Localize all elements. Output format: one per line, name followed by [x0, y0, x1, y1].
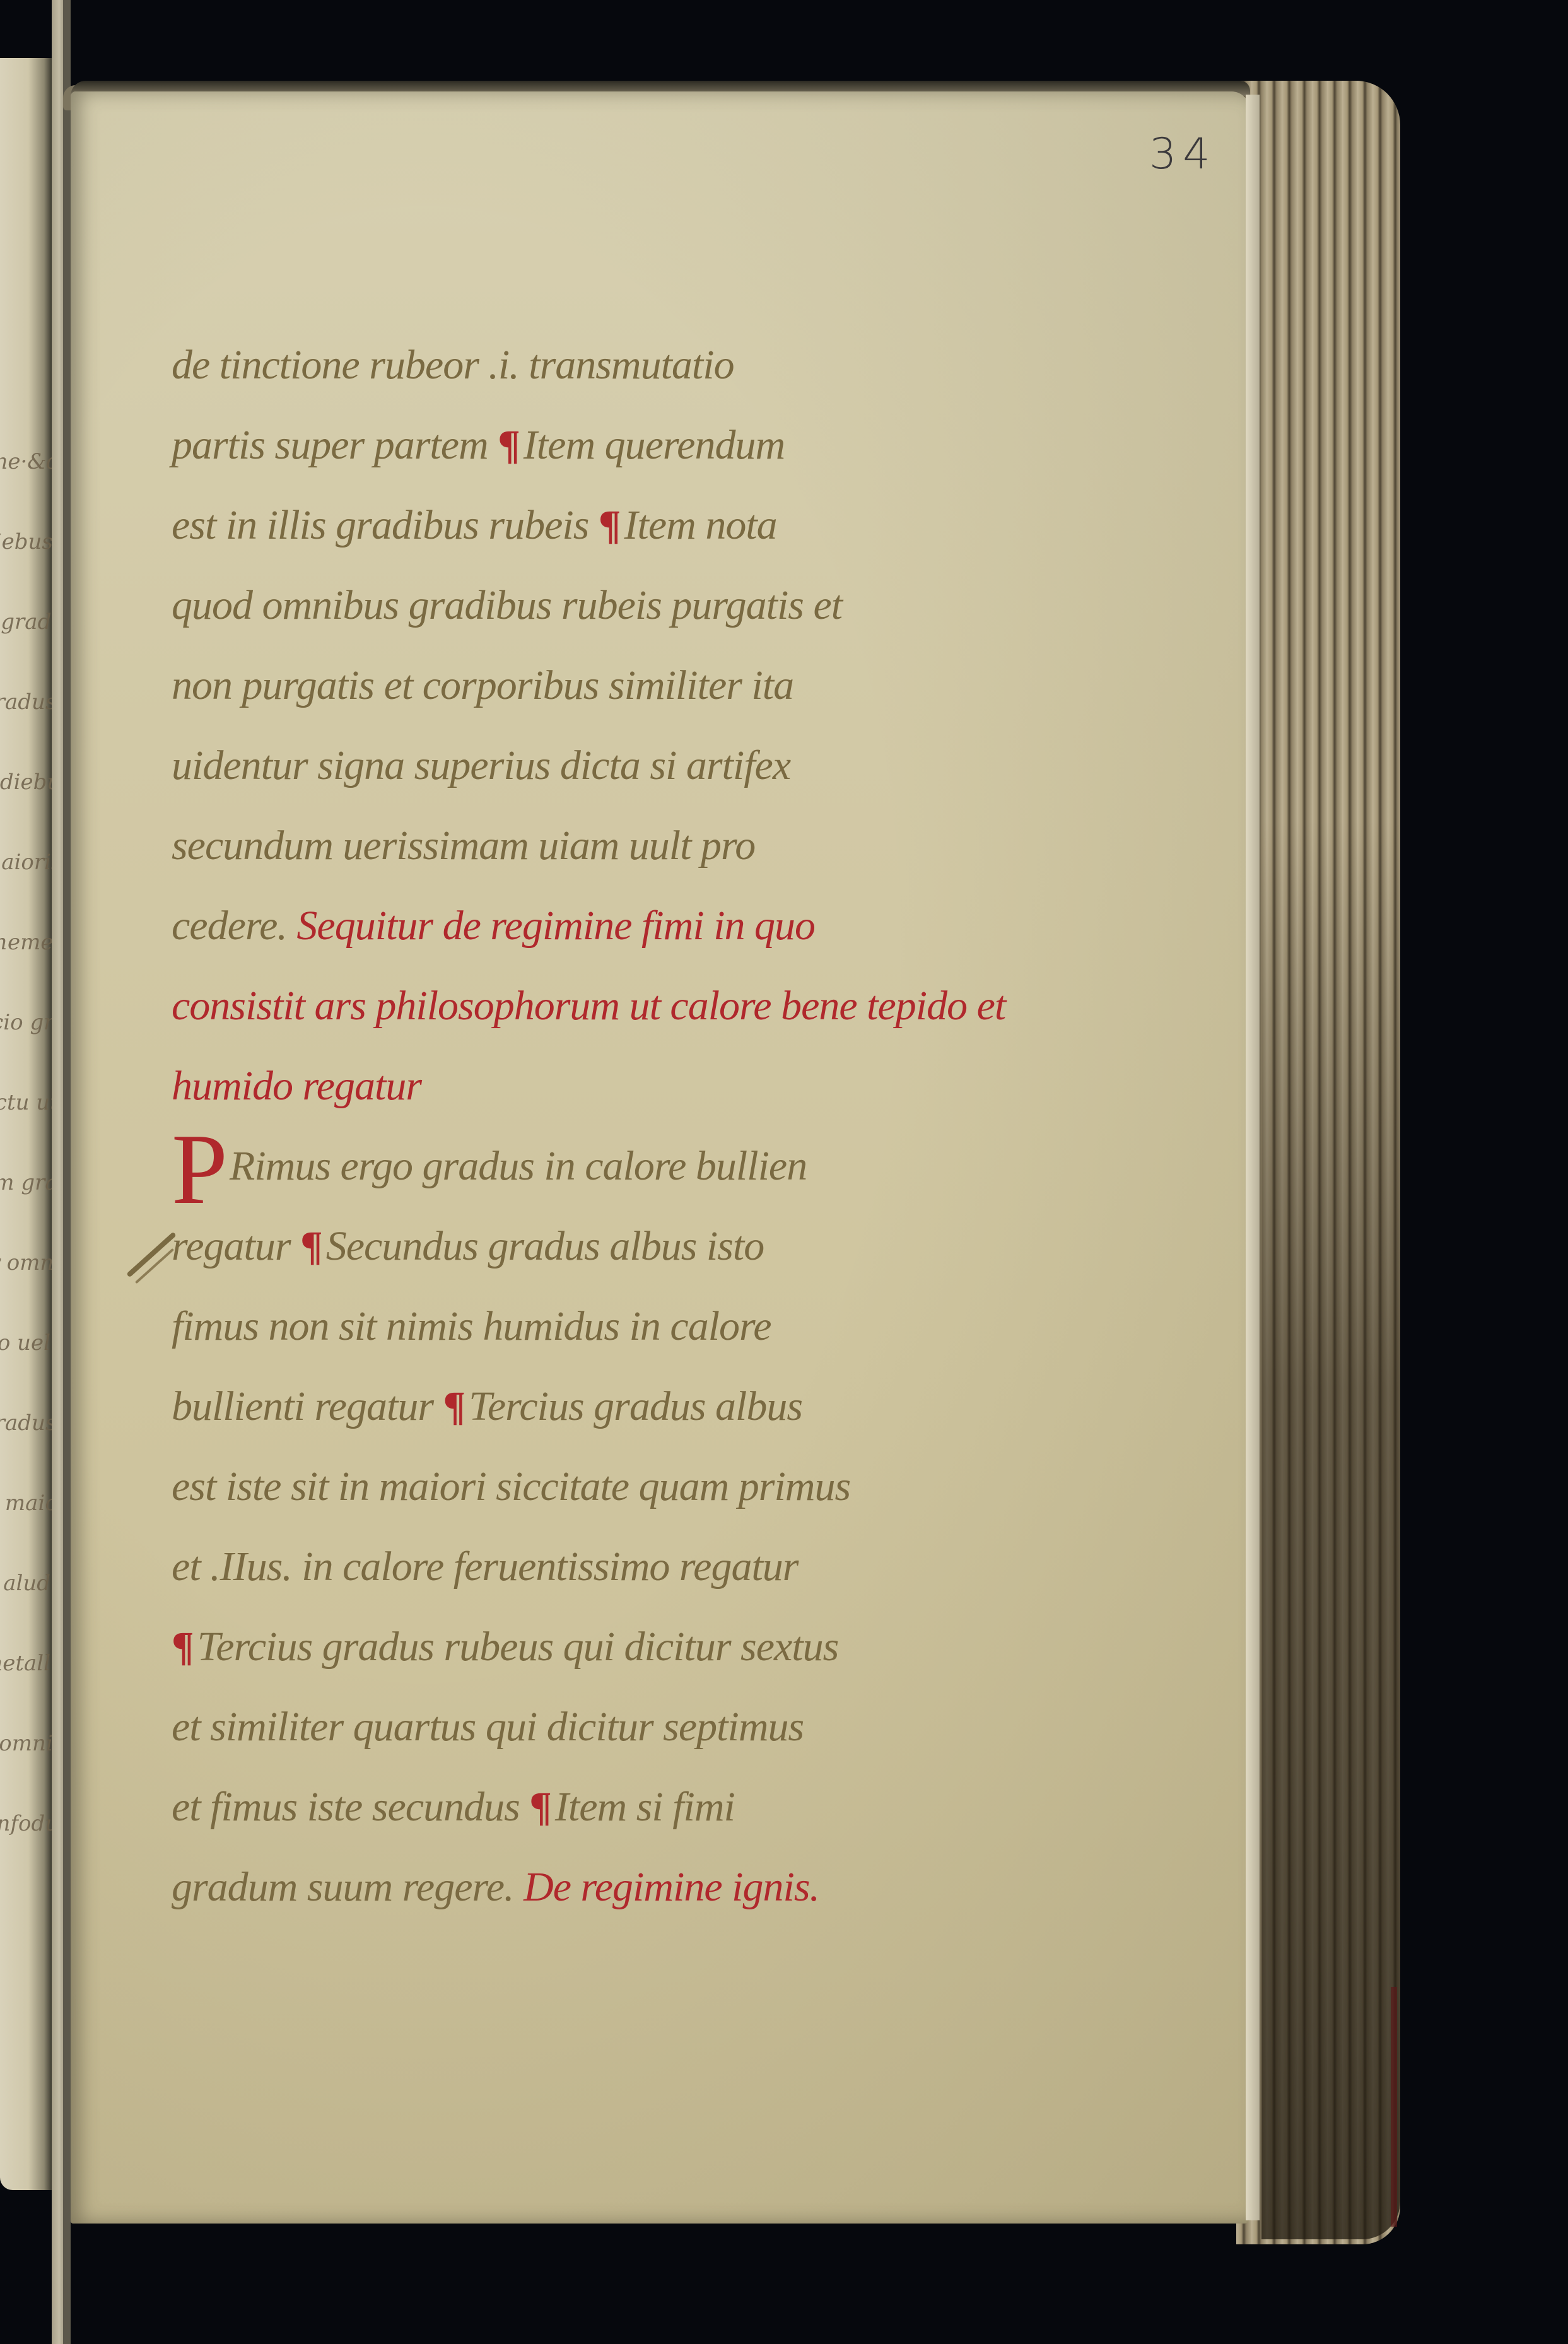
- text-line: fimus non sit nimis humidus in calore: [172, 1286, 1055, 1366]
- body-text: bullienti regatur: [172, 1383, 443, 1429]
- text-line: et fimus iste secundus ¶Item si fimi: [172, 1767, 1055, 1847]
- rubric-text: humido regatur: [172, 1063, 421, 1109]
- pilcrow-icon: ¶: [172, 1624, 194, 1670]
- verso-line: ehementer: [0, 930, 50, 955]
- body-text: uidentur signa superius dicta si artifex: [172, 742, 790, 788]
- text-line: regatur ¶Secundus gradus albus isto: [172, 1206, 1055, 1286]
- text-line: consistit ars philosophorum ut calore be…: [172, 966, 1055, 1046]
- text-line: humido regatur: [172, 1046, 1055, 1126]
- text-line: cedere. Sequitur de regimine fimi in quo: [172, 886, 1055, 966]
- text-line: PRimus ergo gradus in calore bullien: [172, 1126, 1055, 1206]
- verso-line: gradus e: [0, 1410, 50, 1436]
- body-text: Tercius gradus albus: [469, 1383, 802, 1429]
- verso-line: c diebus: [0, 770, 50, 795]
- text-line: est iste sit in maiori siccitate quam pr…: [172, 1446, 1055, 1527]
- rubric-text: consistit ars philosophorum ut calore be…: [172, 983, 1005, 1029]
- body-text: Tercius gradus rubeus qui dicitur sextus: [197, 1624, 839, 1670]
- text-line: non purgatis et corporibus similiter ita: [172, 645, 1055, 725]
- manuscript-scene: one·&dndiebuso gradugradus.c diebusmaior…: [0, 0, 1568, 2344]
- body-text: et .IIus. in calore feruentissimo regatu…: [172, 1544, 798, 1590]
- text-line: et similiter quartus qui dicitur septimu…: [172, 1687, 1055, 1767]
- pilcrow-icon: ¶: [300, 1223, 322, 1269]
- verso-line: maioris: [0, 850, 50, 875]
- text-line: bullienti regatur ¶Tercius gradus albus: [172, 1366, 1055, 1446]
- text-line: et .IIus. in calore feruentissimo regatu…: [172, 1527, 1055, 1607]
- rubricated-initial: P: [172, 1137, 230, 1200]
- verso-line: am gradu: [0, 1170, 50, 1195]
- pilcrow-icon: ¶: [443, 1383, 465, 1429]
- verso-line: o gradu: [0, 609, 50, 635]
- verso-line: one·&dn: [0, 449, 50, 474]
- body-text: Item si fimi: [555, 1784, 735, 1830]
- facing-verso-page: one·&dndiebuso gradugradus.c diebusmaior…: [0, 58, 52, 2190]
- verso-line: tinfodu: [0, 1811, 50, 1836]
- page-edge: [1246, 95, 1260, 2220]
- text-line: est in illis gradibus rubeis ¶Item nota: [172, 485, 1055, 565]
- verso-line: tr omnium: [0, 1250, 50, 1275]
- body-text: et fimus iste secundus: [172, 1784, 529, 1830]
- body-text: gradum suum regere.: [172, 1864, 524, 1910]
- body-text: est in illis gradibus rubeis: [172, 502, 599, 548]
- rubric-text: De regimine ignis.: [524, 1864, 819, 1910]
- body-text: de tinctione rubeor .i. transmutatio: [172, 342, 734, 388]
- body-text: quod omnibus gradibus rubeis purgatis et: [172, 582, 842, 628]
- verso-line: rcio gradu: [0, 1010, 50, 1035]
- body-text: partis super partem: [172, 422, 498, 468]
- verso-line: gradus.: [0, 689, 50, 715]
- body-text: est iste sit in maiori siccitate quam pr…: [172, 1463, 850, 1509]
- body-text: Rimus ergo gradus in calore bullien: [230, 1143, 807, 1189]
- text-line: gradum suum regere. De regimine ignis.: [172, 1847, 1055, 1927]
- body-text: Item nota: [624, 502, 777, 548]
- pilcrow-icon: ¶: [498, 422, 520, 468]
- body-text: fimus non sit nimis humidus in calore: [172, 1303, 771, 1349]
- body-text: Secundus gradus albus isto: [326, 1223, 764, 1269]
- verso-line: diebus: [0, 529, 50, 554]
- body-text: Item querendum: [524, 422, 785, 468]
- fore-edge-shading: [1261, 820, 1400, 2239]
- pilcrow-icon: ¶: [529, 1784, 551, 1830]
- body-text: secundum uerissimam uiam uult pro: [172, 823, 755, 869]
- red-edge-stain: [1391, 1987, 1397, 2227]
- verso-line: s omni: [0, 1731, 50, 1756]
- verso-line: nctu ut di: [0, 1090, 50, 1115]
- gutter-shadow: [63, 0, 71, 2344]
- rubric-text: Sequitur de regimine fimi in quo: [296, 903, 815, 949]
- main-text-block: de tinctione rubeor .i. transmutatiopart…: [172, 325, 1055, 1927]
- body-text: non purgatis et corporibus similiter ita: [172, 662, 793, 708]
- text-line: ¶Tercius gradus rubeus qui dicitur sextu…: [172, 1607, 1055, 1687]
- text-line: secundum uerissimam uiam uult pro: [172, 806, 1055, 886]
- pilcrow-icon: ¶: [599, 502, 621, 548]
- body-text: et similiter quartus qui dicitur septimu…: [172, 1704, 804, 1750]
- verso-line: alud: [0, 1571, 50, 1596]
- verso-text-bleed: one·&dndiebuso gradugradus.c diebusmaior…: [0, 58, 52, 2190]
- text-line: quod omnibus gradibus rubeis purgatis et: [172, 565, 1055, 645]
- verso-line: metall: [0, 1651, 50, 1676]
- text-line: de tinctione rubeor .i. transmutatio: [172, 325, 1055, 405]
- text-line: partis super partem ¶Item querendum: [172, 405, 1055, 485]
- folio-number: 34: [1149, 129, 1217, 179]
- body-text: cedere.: [172, 903, 296, 949]
- verso-line: ri maiori: [0, 1491, 50, 1516]
- verso-line: eo uel: [0, 1330, 50, 1356]
- text-line: uidentur signa superius dicta si artifex: [172, 725, 1055, 806]
- body-text: regatur: [172, 1223, 300, 1269]
